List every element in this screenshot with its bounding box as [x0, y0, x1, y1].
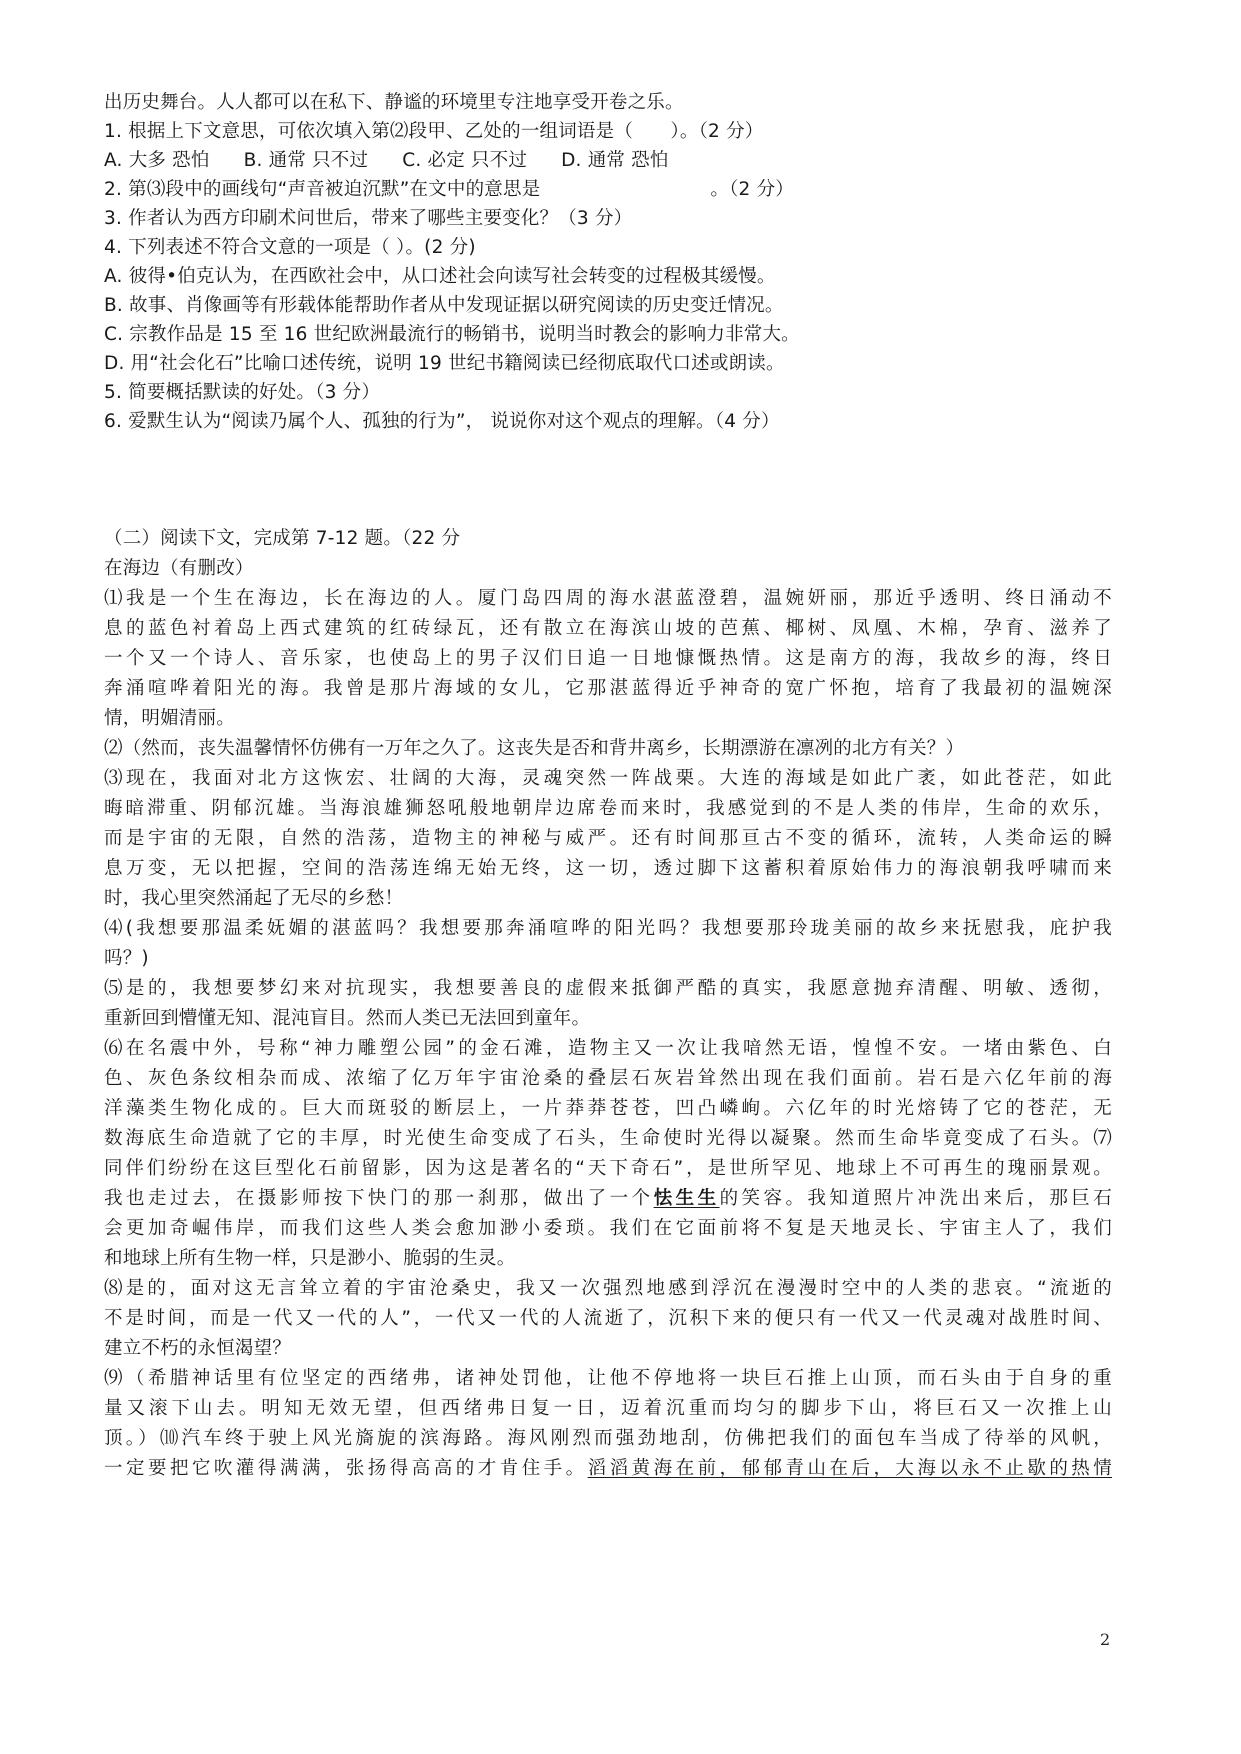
passage-line: 奔涌喧哗着阳光的海。我曾是那片海域的女儿，它那湛蓝得近乎神奇的宽广怀抱，培育了我…	[104, 675, 1112, 703]
passage-line: 息万变，无以把握，空间的浩荡连绵无始无终，这一切，透过脚下这蓄积着原始伟力的海浪…	[104, 855, 1112, 883]
question-4: 4. 下列表述不符合文意的一项是（ ）。(2 分)	[104, 234, 1112, 262]
question-3: 3. 作者认为西方印刷术问世后，带来了哪些主要变化？（3 分）	[104, 205, 1112, 233]
question-1-options: A. 大多 恐怕B. 通常 只不过C. 必定 只不过D. 通常 恐怕	[104, 147, 1112, 175]
passage-title: 在海边（有删改）	[104, 555, 1112, 583]
passage-line: ⑶现在，我面对北方这恢宏、壮阔的大海，灵魂突然一阵战栗。大连的海域是如此广袤，如…	[104, 765, 1112, 793]
question-5: 5. 简要概括默读的好处。（3 分）	[104, 379, 1112, 407]
passage-line: 而是宇宙的无限，自然的浩荡，造物主的神秘与威严。还有时间那亘古不变的循环，流转，…	[104, 825, 1112, 853]
option-a: A. 大多 恐怕	[104, 150, 210, 171]
underlined-word: 怯生生	[654, 1188, 720, 1209]
passage-line: 一个又一个诗人、音乐家，也使岛上的男子汉们日追一日地慷慨热情。这是南方的海，我故…	[104, 645, 1112, 673]
continuation-line: 出历史舞台。人人都可以在私下、静谧的环境里专注地享受开卷之乐。	[104, 89, 1112, 117]
document-page: 出历史舞台。人人都可以在私下、静谧的环境里专注地享受开卷之乐。 1. 根据上下文…	[0, 0, 1241, 1754]
passage-line: 一定要把它吹灌得满满，张扬得高高的才肯住手。滔滔黄海在前，郁郁青山在后，大海以永…	[104, 1455, 1112, 1483]
page-number: 2	[1100, 1630, 1110, 1649]
passage-line: 时，我心里突然涌起了无尽的乡愁！	[104, 885, 1112, 913]
passage-text: 我也走过去，在摄影师按下快门的那一刹那，做出了一个	[104, 1188, 654, 1209]
question-4-option-b: B. 故事、肖像画等有形载体能帮助作者从中发现证据以研究阅读的历史变迁情况。	[104, 292, 1112, 320]
passage-line: ⑹在名震中外，号称“神力雕塑公园”的金石滩，造物主又一次让我喑然无语，惶惶不安。…	[104, 1035, 1112, 1063]
question-2-text: 2. 第⑶段中的画线句“声音被迫沉默”在文中的意思是	[104, 179, 540, 200]
passage-line: 同伴们纷纷在这巨型化石前留影，因为这是著名的“天下奇石”，是世所罕见、地球上不可…	[104, 1155, 1112, 1183]
passage-line: 重新回到懵懂无知、混沌盲目。然而人类已无法回到童年。	[104, 1005, 1112, 1033]
passage-line: 息的蓝色衬着岛上西式建筑的红砖绿瓦，还有散立在海滨山坡的芭蕉、椰树、凤凰、木棉，…	[104, 615, 1112, 643]
question-2: 2. 第⑶段中的画线句“声音被迫沉默”在文中的意思是。（2 分）	[104, 176, 1112, 204]
option-d: D. 通常 恐怕	[561, 150, 669, 171]
passage-line: 和地球上所有生物一样，只是渺小、脆弱的生灵。	[104, 1245, 1112, 1273]
passage-line: 情，明媚清丽。	[104, 705, 1112, 733]
passage-text: 一定要把它吹灌得满满，张扬得高高的才肯住手。	[104, 1458, 588, 1479]
passage-line: 洋藻类生物化成的。巨大而斑驳的断层上，一片莽莽苍苍，凹凸嶙峋。六亿年的时光熔铸了…	[104, 1095, 1112, 1123]
option-c: C. 必定 只不过	[402, 150, 527, 171]
passage-line: 不是时间，而是一代又一代的人”，一代又一代的人流逝了，沉积下来的便只有一代又一代…	[104, 1305, 1112, 1333]
passage-line: ⑼（希腊神话里有位坚定的西绪弗，诸神处罚他，让他不停地将一块巨石推上山顶，而石头…	[104, 1365, 1112, 1393]
question-4-option-a: A. 彼得•伯克认为，在西欧社会中，从口述社会向读写社会转变的过程极其缓慢。	[104, 263, 1112, 291]
option-b: B. 通常 只不过	[244, 150, 369, 171]
passage-line: ⑸是的，我想要梦幻来对抗现实，我想要善良的虚假来抵御严酷的真实，我愿意抛弃清醒、…	[104, 975, 1112, 1003]
passage-line: ⑴我是一个生在海边，长在海边的人。厦门岛四周的海水湛蓝澄碧，温婉妍丽，那近乎透明…	[104, 585, 1112, 613]
passage-line: ⑷(我想要那温柔妩媚的湛蓝吗？我想要那奔涌喧哗的阳光吗？我想要那玲珑美丽的故乡来…	[104, 915, 1112, 943]
passage-line: 会更加奇崛伟岸，而我们这些人类会愈加渺小委琐。我们在它面前将不复是天地灵长、宇宙…	[104, 1215, 1112, 1243]
passage-text: 的笑容。我知道照片冲洗出来后，那巨石	[720, 1188, 1112, 1209]
question-6: 6. 爱默生认为“阅读乃属个人、孤独的行为”， 说说你对这个观点的理解。（4 分…	[104, 408, 1112, 436]
question-2-score: 。（2 分）	[710, 179, 794, 200]
section-heading: （二）阅读下文，完成第 7-12 题。（22 分	[104, 525, 1112, 553]
passage-line: 吗？)	[104, 945, 1112, 973]
underlined-sentence: 滔滔黄海在前，郁郁青山在后，大海以永不止歇的热情	[588, 1458, 1112, 1479]
question-1: 1. 根据上下文意思，可依次填入第⑵段甲、乙处的一组词语是（ ）。（2 分）	[104, 118, 1112, 146]
passage-line: ⑵（然而，丧失温馨情怀仿佛有一万年之久了。这丧失是否和背井离乡，长期漂游在凛冽的…	[104, 735, 1112, 763]
passage-line: 建立不朽的永恒渴望？	[104, 1335, 1112, 1363]
passage-line: ⑻是的，面对这无言耸立着的宇宙沧桑史，我又一次强烈地感到浮沉在漫漫时空中的人类的…	[104, 1275, 1112, 1303]
question-4-option-d: D. 用“社会化石”比喻口述传统，说明 19 世纪书籍阅读已经彻底取代口述或朗读…	[104, 350, 1112, 378]
passage-line: 晦暗滞重、阴郁沉雄。当海浪雄狮怒吼般地朝岸边席卷而来时，我感觉到的不是人类的伟岸…	[104, 795, 1112, 823]
passage-line: 数海底生命造就了它的丰厚，时光使生命变成了石头，生命使时光得以凝聚。然而生命毕竟…	[104, 1125, 1112, 1153]
question-4-option-c: C. 宗教作品是 15 至 16 世纪欧洲最流行的畅销书，说明当时教会的影响力非…	[104, 321, 1112, 349]
passage-line: 色、灰色条纹相杂而成、浓缩了亿万年宇宙沧桑的叠层石灰岩耸然出现在我们面前。岩石是…	[104, 1065, 1112, 1093]
passage-line: 顶。）⑽汽车终于驶上风光旖旎的滨海路。海风刚烈而强劲地刮，仿佛把我们的面包车当成…	[104, 1425, 1112, 1453]
passage-line: 量又滚下山去。明知无效无望，但西绪弗日复一日，迈着沉重而均匀的脚步下山，将巨石又…	[104, 1395, 1112, 1423]
passage-line: 我也走过去，在摄影师按下快门的那一刹那，做出了一个怯生生的笑容。我知道照片冲洗出…	[104, 1185, 1112, 1213]
